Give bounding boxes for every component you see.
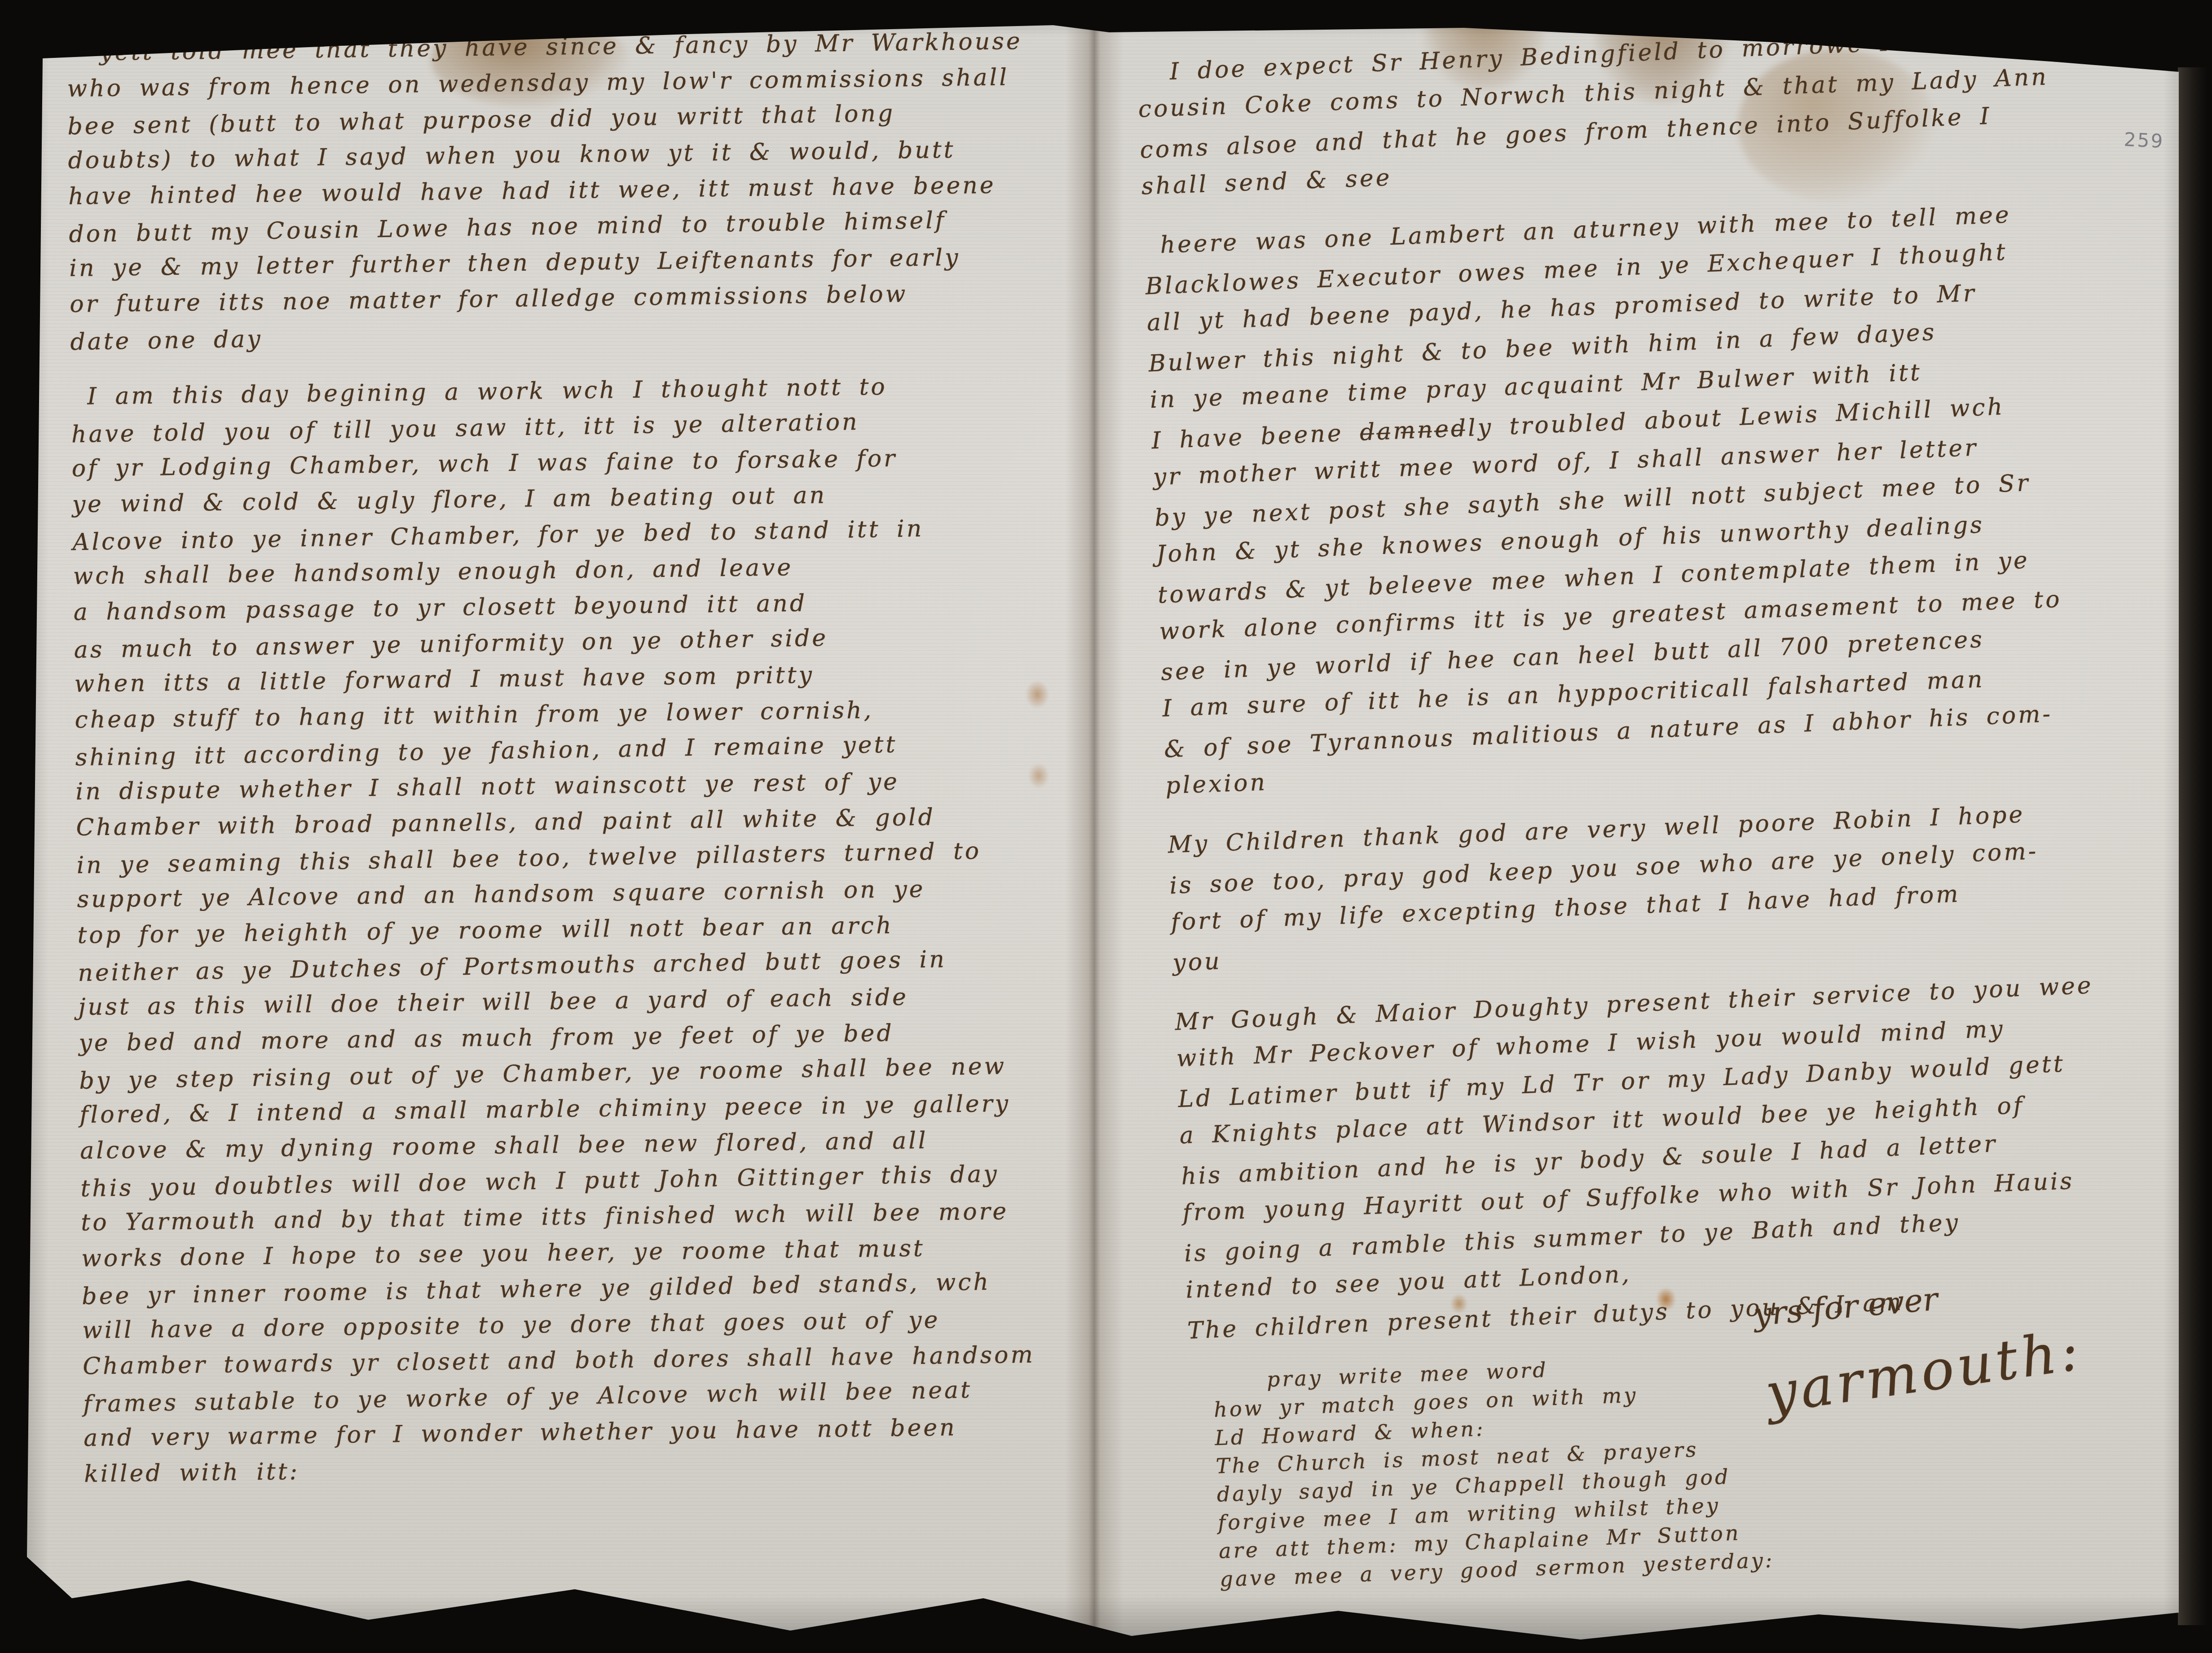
postscript: pray write mee wordhow yr match goes on … (1212, 1343, 1921, 1594)
manuscript-photo: yett told mee that they have since & fan… (0, 0, 2212, 1653)
folio-number: 259 (2124, 128, 2165, 153)
damp-stain (2039, 3, 2102, 48)
fold-crease (1065, 0, 1124, 1653)
right-page: I doe expect Sr Henry Bedingfield to mor… (1136, 13, 2212, 1350)
letter-sheet: yett told mee that they have since & fan… (0, 0, 2212, 1653)
left-page: yett told mee that they have since & fan… (66, 23, 1072, 1492)
book-fore-edge (2178, 67, 2208, 1625)
